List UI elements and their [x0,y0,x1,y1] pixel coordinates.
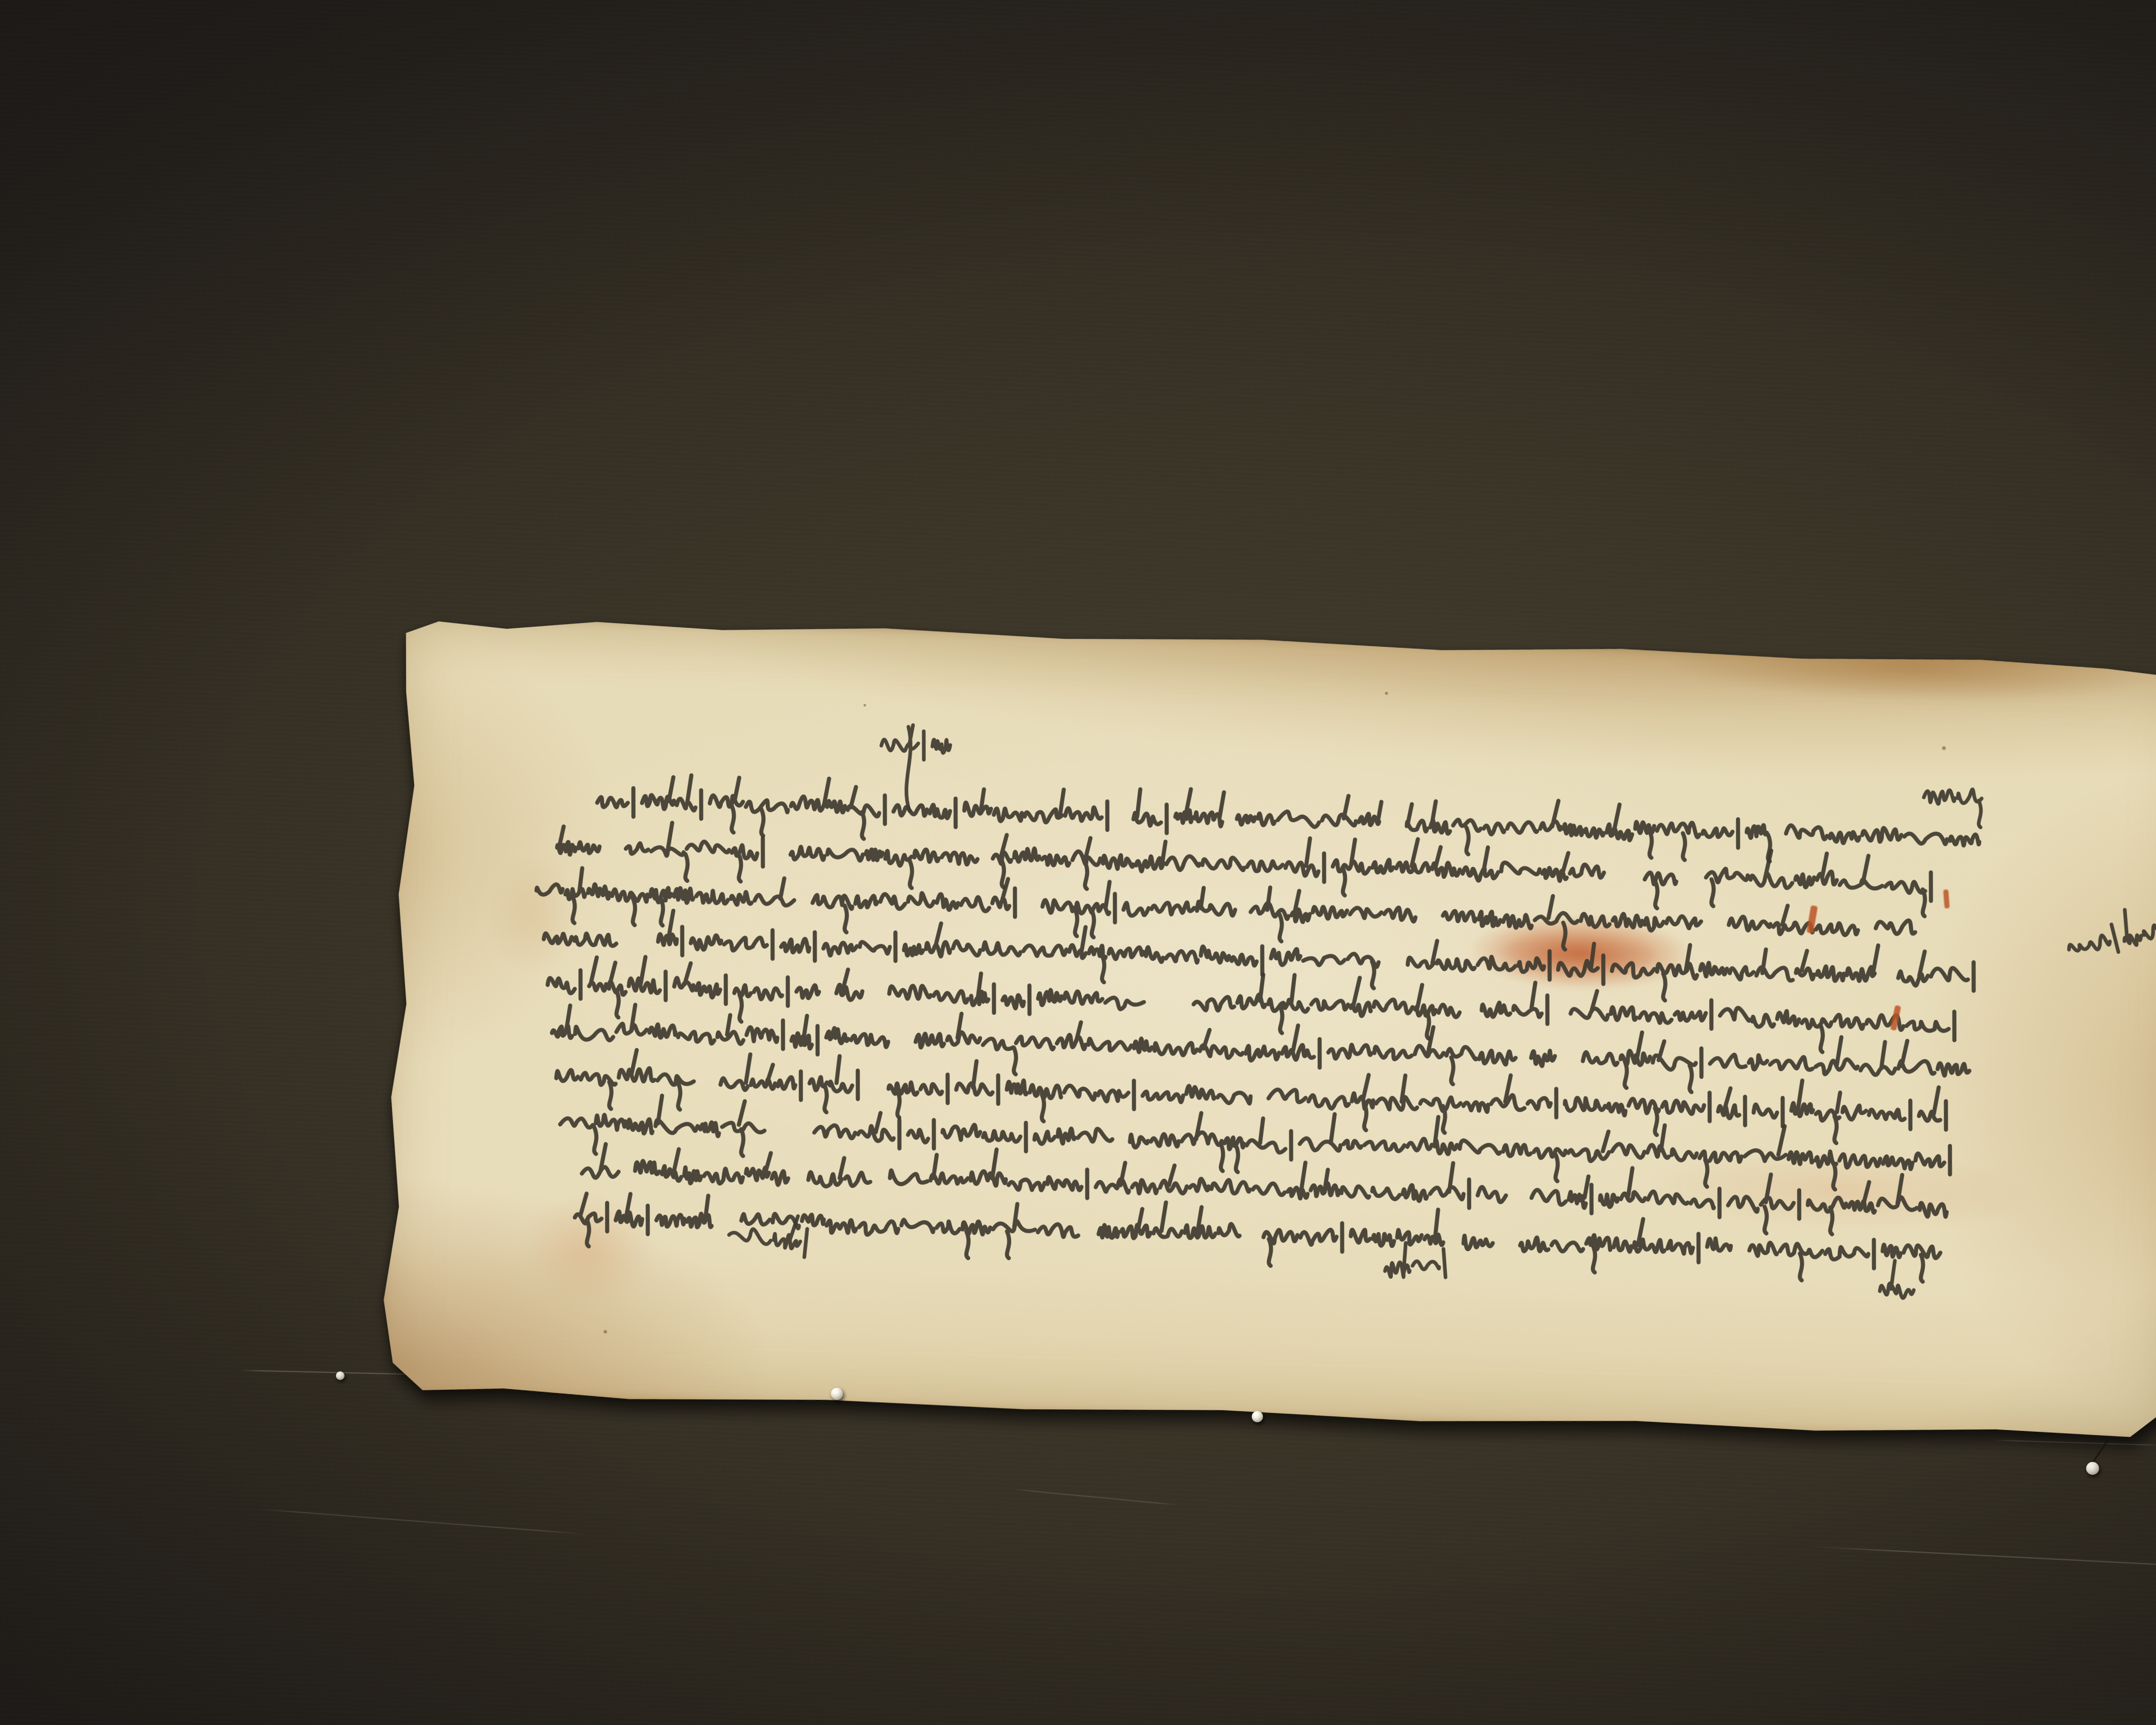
photo-board [0,0,2156,1725]
manuscript-page [378,613,2156,1444]
manuscript-page-wrapper [378,613,2156,1444]
mark-below-center [1381,1229,1457,1292]
invocation-mark [877,709,962,819]
catchword [1877,1256,1930,1318]
pearl-pin [336,1371,345,1380]
pearl-pin [2086,1462,2099,1475]
mark-below-left [724,1197,804,1267]
pearl-pin [1252,1411,1263,1422]
manuscript-text-block [378,613,2156,1444]
folio-number [1921,759,1996,822]
pearl-pin [831,1388,843,1400]
margin-note-right [2059,891,2156,975]
